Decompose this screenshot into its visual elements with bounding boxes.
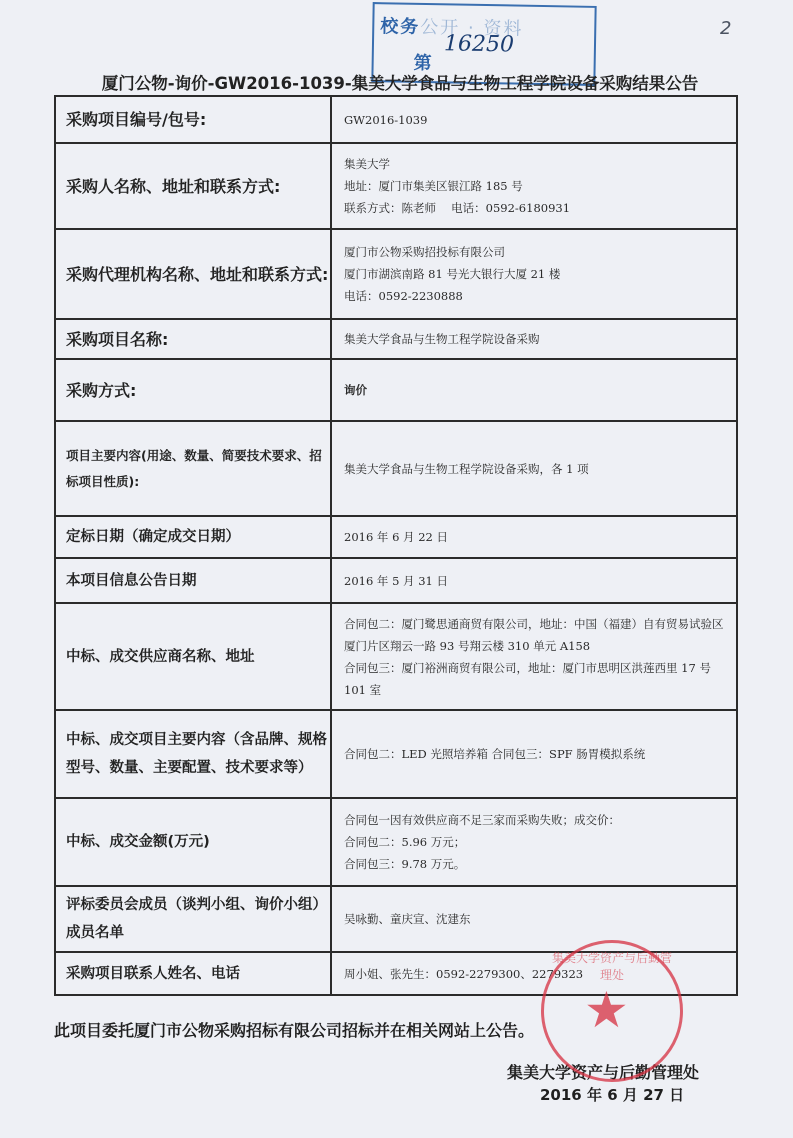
- row-value: 2016 年 5 月 31 日: [331, 558, 737, 603]
- value-line: 吴咏勤、童庆宣、沈建东: [344, 908, 726, 930]
- row-value: 集美大学食品与生物工程学院设备采购，各 1 项: [331, 421, 737, 516]
- table-row: 采购项目编号/包号: GW2016-1039: [55, 96, 737, 143]
- value-line: 合同包三：厦门裕洲商贸有限公司，地址：厦门市思明区洪莲西里 17 号 101 室: [344, 657, 726, 701]
- row-value: 合同包二：LED 光照培养箱 合同包三：SPF 肠胃模拟系统: [331, 710, 737, 798]
- table-row: 本项目信息公告日期 2016 年 5 月 31 日: [55, 558, 737, 603]
- value-line: 集美大学食品与生物工程学院设备采购: [344, 328, 726, 350]
- table-row: 评标委员会成员（谈判小组、询价小组）成员名单 吴咏勤、童庆宣、沈建东: [55, 886, 737, 952]
- row-label: 项目主要内容(用途、数量、简要技术要求、招标项目性质):: [55, 421, 331, 516]
- table-row: 中标、成交项目主要内容（含品牌、规格型号、数量、主要配置、技术要求等） 合同包二…: [55, 710, 737, 798]
- table-row: 定标日期（确定成交日期） 2016 年 6 月 22 日: [55, 516, 737, 558]
- row-label: 采购项目联系人姓名、电话: [55, 952, 331, 995]
- table-row: 中标、成交金额(万元) 合同包一因有效供应商不足三家而采购失败；成交价： 合同包…: [55, 798, 737, 886]
- document-title: 厦门公物-询价-GW2016-1039-集美大学食品与生物工程学院设备采购结果公…: [60, 70, 740, 94]
- table-row: 采购人名称、地址和联系方式: 集美大学 地址：厦门市集美区银江路 185 号 联…: [55, 143, 737, 229]
- row-label: 采购代理机构名称、地址和联系方式:: [55, 229, 331, 319]
- row-label: 采购方式:: [55, 359, 331, 421]
- value-line: 集美大学: [344, 153, 726, 175]
- table-row: 采购项目名称: 集美大学食品与生物工程学院设备采购: [55, 319, 737, 359]
- row-label: 中标、成交供应商名称、地址: [55, 603, 331, 710]
- row-label: 定标日期（确定成交日期）: [55, 516, 331, 558]
- stamp-handwritten-number: 16250: [444, 31, 514, 57]
- value-line: 合同包二：5.96 万元；: [344, 831, 726, 853]
- stamp-title-bold: 校务: [380, 16, 420, 38]
- value-line: 联系方式：陈老师 电话：0592-6180931: [344, 197, 726, 219]
- row-label: 中标、成交项目主要内容（含品牌、规格型号、数量、主要配置、技术要求等）: [55, 710, 331, 798]
- value-line: 2016 年 6 月 22 日: [344, 526, 726, 548]
- delegation-note: 此项目委托厦门市公物采购招标有限公司招标并在相关网站上公告。: [54, 1018, 534, 1041]
- value-line: 2016 年 5 月 31 日: [344, 570, 726, 592]
- value-line: 询价: [344, 379, 726, 401]
- value-line: 集美大学食品与生物工程学院设备采购，各 1 项: [344, 458, 726, 480]
- row-value: 询价: [331, 359, 737, 421]
- value-line: 合同包二：厦门鹭思通商贸有限公司，地址：中国（福建）自有贸易试验区厦门片区翔云一…: [344, 613, 726, 657]
- page-corner-mark: 2: [720, 18, 731, 39]
- row-value: 合同包一因有效供应商不足三家而采购失败；成交价： 合同包二：5.96 万元； 合…: [331, 798, 737, 886]
- table-row: 采购方式: 询价: [55, 359, 737, 421]
- table-row: 采购代理机构名称、地址和联系方式: 厦门市公物采购招投标有限公司 厦门市湖滨南路…: [55, 229, 737, 319]
- table-row: 中标、成交供应商名称、地址 合同包二：厦门鹭思通商贸有限公司，地址：中国（福建）…: [55, 603, 737, 710]
- row-label: 采购项目编号/包号:: [55, 96, 331, 143]
- row-value: 2016 年 6 月 22 日: [331, 516, 737, 558]
- row-value: 厦门市公物采购招投标有限公司 厦门市湖滨南路 81 号光大银行大厦 21 楼 电…: [331, 229, 737, 319]
- value-line: 合同包二：LED 光照培养箱 合同包三：SPF 肠胃模拟系统: [344, 743, 726, 765]
- official-seal: 集美大学资产与后勤管理处 ★: [541, 940, 683, 1082]
- value-line: 电话：0592-2230888: [344, 285, 726, 307]
- value-line: 厦门市公物采购招投标有限公司: [344, 241, 726, 263]
- row-value: 合同包二：厦门鹭思通商贸有限公司，地址：中国（福建）自有贸易试验区厦门片区翔云一…: [331, 603, 737, 710]
- value-line: GW2016-1039: [344, 109, 726, 131]
- row-label: 采购项目名称:: [55, 319, 331, 359]
- value-line: 合同包三：9.78 万元。: [344, 853, 726, 875]
- row-value: 吴咏勤、童庆宣、沈建东: [331, 886, 737, 952]
- value-line: 地址：厦门市集美区银江路 185 号: [344, 175, 726, 197]
- row-label: 采购人名称、地址和联系方式:: [55, 143, 331, 229]
- star-icon: ★: [584, 981, 629, 1039]
- value-line: 合同包一因有效供应商不足三家而采购失败；成交价：: [344, 809, 726, 831]
- row-label: 本项目信息公告日期: [55, 558, 331, 603]
- procurement-result-table: 采购项目编号/包号: GW2016-1039 采购人名称、地址和联系方式: 集美…: [54, 95, 738, 996]
- value-line: 厦门市湖滨南路 81 号光大银行大厦 21 楼: [344, 263, 726, 285]
- signature-date: 2016 年 6 月 27 日: [540, 1084, 684, 1105]
- seal-text: 集美大学资产与后勤管理处: [550, 949, 674, 983]
- row-label: 评标委员会成员（谈判小组、询价小组）成员名单: [55, 886, 331, 952]
- row-label: 中标、成交金额(万元): [55, 798, 331, 886]
- row-value: GW2016-1039: [331, 96, 737, 143]
- table-row: 项目主要内容(用途、数量、简要技术要求、招标项目性质): 集美大学食品与生物工程…: [55, 421, 737, 516]
- row-value: 集美大学食品与生物工程学院设备采购: [331, 319, 737, 359]
- row-value: 集美大学 地址：厦门市集美区银江路 185 号 联系方式：陈老师 电话：0592…: [331, 143, 737, 229]
